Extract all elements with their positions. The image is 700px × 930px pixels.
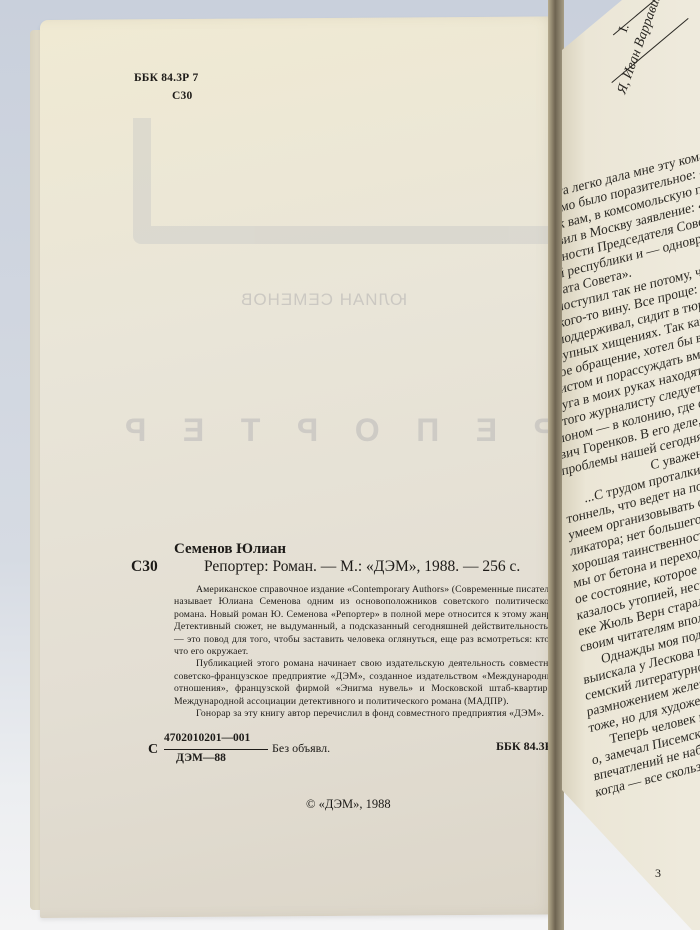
annotation-paragraph: Гонорар за эту книгу автор перечислил в … bbox=[174, 708, 558, 720]
bbk-code-top: ББК 84.3Р 7 bbox=[134, 72, 198, 84]
ghost-letter: Е bbox=[183, 412, 204, 449]
annotation-paragraph: Американское справочное издание «Contemp… bbox=[174, 584, 558, 658]
ghost-letter: Р bbox=[125, 412, 146, 449]
ghost-letter: Т bbox=[241, 412, 261, 449]
right-page-text: Газета легко дала мне эту командировку п… bbox=[562, 88, 700, 800]
classification-top: ББК 84.3Р 7 С30 bbox=[134, 72, 198, 84]
ghost-letter: Е bbox=[476, 412, 497, 449]
bibliographic-line: Репортер: Роман. — М.: «ДЭМ», 1988. — 25… bbox=[204, 558, 520, 576]
right-page: Газета легко дала мне эту командировку п… bbox=[562, 0, 700, 930]
ghost-letter: Р bbox=[297, 412, 318, 449]
annotation-paragraph: Публикацией этого романа начинает свою и… bbox=[174, 658, 558, 708]
index-denominator: ДЭМ—88 bbox=[176, 752, 226, 764]
page-number: 3 bbox=[655, 866, 661, 881]
catalog-call-number: С30 bbox=[131, 558, 158, 576]
index-prefix: С bbox=[148, 742, 158, 758]
ghost-letter: О bbox=[355, 412, 380, 449]
fraction-bar bbox=[164, 749, 268, 750]
catalog-author: Семенов Юлиан bbox=[174, 541, 286, 558]
call-number-top: С30 bbox=[172, 90, 192, 102]
book-gutter bbox=[548, 0, 564, 930]
show-through-title: Р Е П О Р Т Е Р bbox=[125, 412, 555, 449]
index-note: Без объявл. bbox=[272, 741, 330, 756]
show-through-author: ЮЛИАН СЕМЕНОВ bbox=[240, 290, 407, 310]
ghost-letter: П bbox=[416, 412, 439, 449]
copyright-line: © «ДЭМ», 1988 bbox=[306, 797, 391, 812]
annotation: Американское справочное издание «Contemp… bbox=[174, 584, 558, 720]
index-numerator: 4702010201—001 bbox=[164, 732, 250, 744]
show-through-cover-frame bbox=[133, 118, 569, 244]
